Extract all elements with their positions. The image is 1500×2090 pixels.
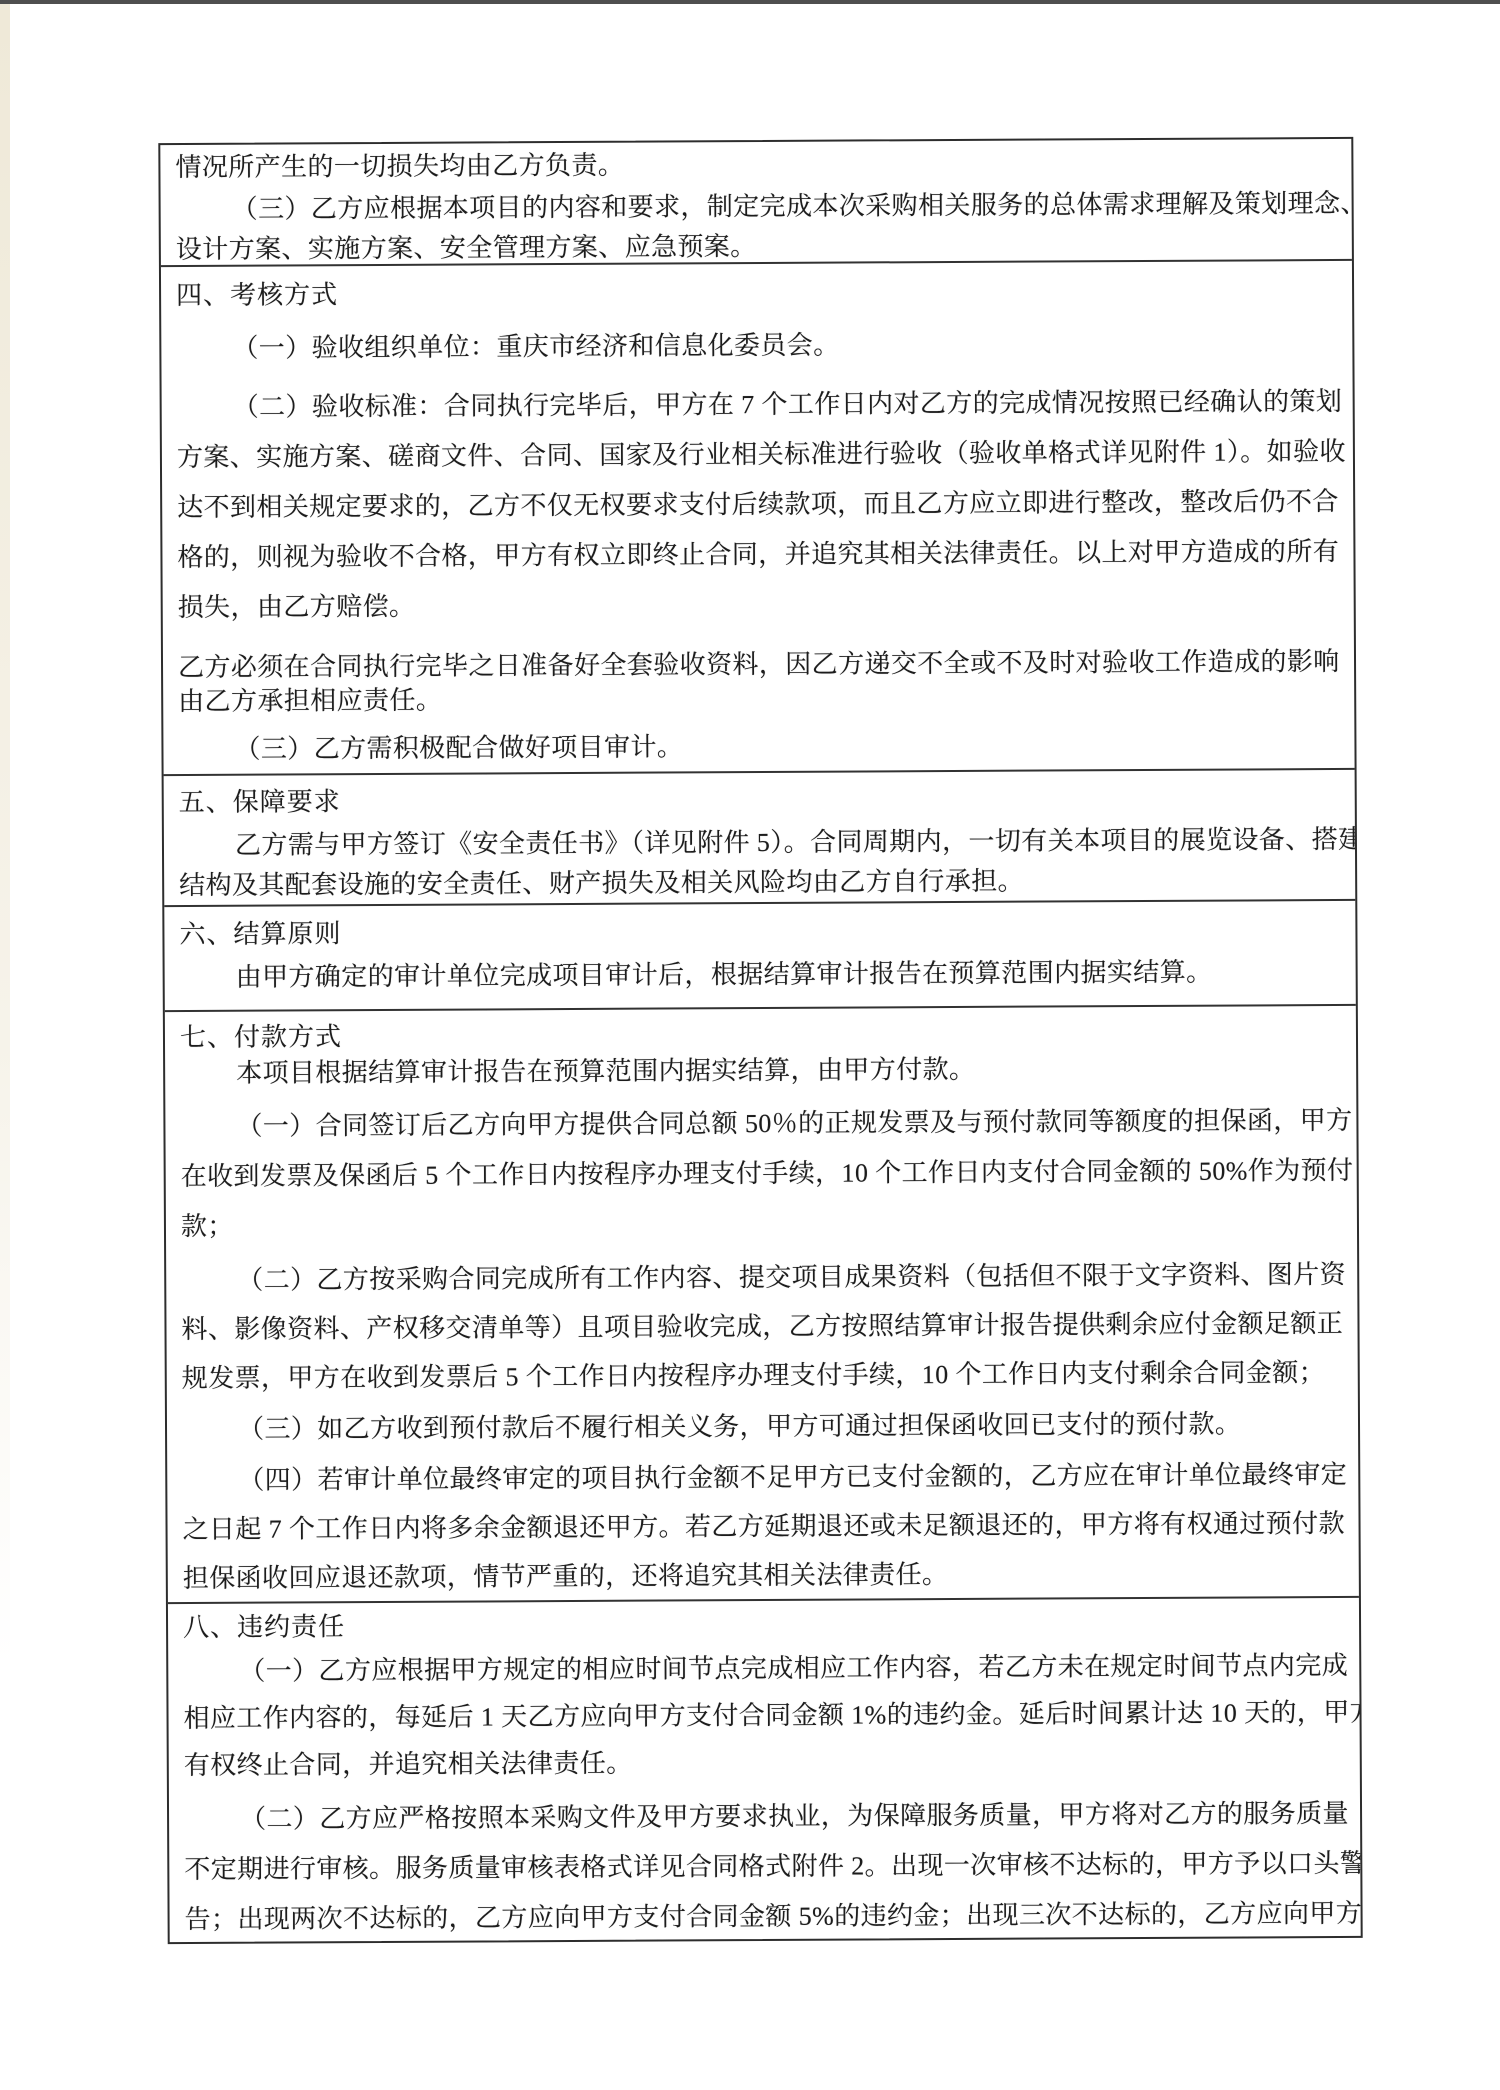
text-line: （三）如乙方收到预付款后不履行相关义务，甲方可通过担保函收回已支付的预付款。 [182, 1399, 1348, 1454]
section-heading: 四、考核方式 [176, 269, 1342, 317]
text-line: 本项目根据结算审计报告在预算范围内据实结算，由甲方付款。 [180, 1050, 1346, 1092]
text-line: （一）验收组织单位：重庆市经济和信息化委员会。 [176, 321, 1342, 371]
text-line: （一）乙方应根据甲方规定的相应时间节点完成相应工作内容，若乙方未在规定时间节点内… [183, 1642, 1349, 1695]
text-line: 损失，由乙方赔偿。 [178, 577, 1344, 633]
text-line: 由甲方确定的审计单位完成项目审计后，根据结算审计报告在预算范围内据实结算。 [180, 951, 1346, 999]
text-line: 方案、实施方案、磋商文件、合同、国家及行业相关标准进行验收（验收单格式详见附件 … [177, 427, 1343, 483]
text-line: 规发票，甲方在收到发票后 5 个工作日内按程序办理支付手续，10 个工作日内支付… [182, 1348, 1348, 1403]
table-row-section-8-breach: 八、违约责任（一）乙方应根据甲方规定的相应时间节点完成相应工作内容，若乙方未在规… [168, 1598, 1361, 1946]
text-line: 达不到相关规定要求的，乙方不仅无权要求支付后续款项，而且乙方应立即进行整改，整改… [177, 477, 1343, 533]
text-line: 料、影像资料、产权移交清单等）且项目验收完成，乙方按照结算审计报告提供剩余应付金… [181, 1299, 1347, 1354]
table-row-clause-continuation: 情况所产生的一切损失均由乙方负责。（三）乙方应根据本项目的内容和要求，制定完成本… [160, 139, 1352, 267]
text-line: 之日起 7 个工作日内将多余金额退还甲方。若乙方延期退还或未足额退还的，甲方将有… [182, 1499, 1348, 1554]
text-line: （二）验收标准：合同执行完毕后，甲方在 7 个工作日内对乙方的完成情况按照已经确… [177, 377, 1343, 433]
contract-table: 情况所产生的一切损失均由乙方负责。（三）乙方应根据本项目的内容和要求，制定完成本… [158, 137, 1362, 1944]
text-line: 设计方案、实施方案、安全管理方案、应急预案。 [176, 224, 1342, 267]
text-line: 告；出现两次不达标的，乙方应向甲方支付合同金额 5%的违约金；出现三次不达标的，… [184, 1889, 1350, 1945]
table-row-section-6-settlement: 六、结算原则由甲方确定的审计单位完成项目审计后，根据结算审计报告在预算范围内据实… [164, 901, 1356, 1012]
text-line: 有权终止合同，并追究相关法律责任。 [184, 1736, 1350, 1789]
text-line: 乙方必须在合同执行完毕之日准备好全套验收资料，因乙方递交不全或不及时对验收工作造… [178, 645, 1344, 685]
text-line: 在收到发票及保函后 5 个工作日内按程序办理支付手续，10 个工作日内支付合同金… [181, 1146, 1347, 1202]
text-line: 不定期进行审核。服务质量审核表格式详见合同格式附件 2。出现一次审核不达标的，甲… [184, 1839, 1350, 1895]
text-line: 格的，则视为验收不合格，甲方有权立即终止合同，并追究其相关法律责任。以上对甲方造… [177, 527, 1343, 583]
section-heading: 八、违约责任 [183, 1604, 1349, 1646]
text-line: （一）合同签订后乙方向甲方提供合同总额 50％的正规发票及与预付款同等额度的担保… [180, 1096, 1346, 1152]
text-line: 结构及其配套设施的安全责任、财产损失及相关风险均由乙方自行承担。 [179, 860, 1345, 906]
text-line: 款； [181, 1196, 1347, 1252]
table-row-section-5-guarantee: 五、保障要求乙方需与甲方签订《安全责任书》（详见附件 5）。合同周期内，一切有关… [164, 770, 1356, 907]
text-line: 由乙方承担相应责任。 [178, 679, 1344, 719]
scan-left-edge-artifact [0, 4, 10, 1754]
text-line: （三）乙方需积极配合做好项目审计。 [178, 723, 1344, 771]
page: 情况所产生的一切损失均由乙方负责。（三）乙方应根据本项目的内容和要求，制定完成本… [0, 0, 1500, 2090]
text-line: 担保函收回应退还款项，情节严重的，还将追究其相关法律责任。 [183, 1548, 1349, 1603]
text-line: （四）若审计单位最终审定的项目执行金额不足甲方已支付金额的，乙方应在审计单位最终… [182, 1450, 1348, 1505]
section-heading: 七、付款方式 [180, 1014, 1346, 1056]
text-line: 相应工作内容的，每延后 1 天乙方应向甲方支付合同金额 1%的违约金。延后时间累… [183, 1689, 1349, 1742]
text-line: （二）乙方应严格按照本采购文件及甲方要求执业，为保障服务质量，甲方将对乙方的服务… [184, 1789, 1350, 1845]
section-heading: 五、保障要求 [179, 776, 1345, 824]
table-row-section-7-payment: 七、付款方式本项目根据结算审计报告在预算范围内据实结算，由甲方付款。（一）合同签… [165, 1006, 1359, 1604]
text-line: （三）乙方应根据本项目的内容和要求，制定完成本次采购相关服务的总体需求理解及策划… [176, 184, 1342, 230]
table-row-section-4-assessment: 四、考核方式（一）验收组织单位：重庆市经济和信息化委员会。（二）验收标准：合同执… [161, 261, 1355, 776]
text-line: 乙方需与甲方签订《安全责任书》（详见附件 5）。合同周期内，一切有关本项目的展览… [179, 820, 1345, 866]
section-heading: 六、结算原则 [179, 909, 1345, 955]
text-line: 情况所产生的一切损失均由乙方负责。 [175, 142, 1341, 187]
scan-top-edge-artifact [0, 0, 1500, 4]
text-line: （二）乙方按采购合同完成所有工作内容、提交项目成果资料（包括但不限于文字资料、图… [181, 1250, 1347, 1305]
